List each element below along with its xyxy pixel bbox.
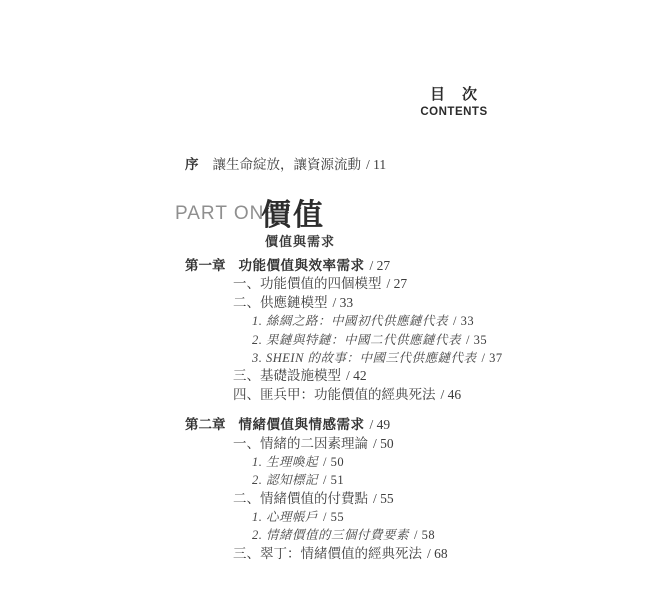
sub-item-entry: 1. 絲綢之路：中國初代供應鏈代表/ 33 — [185, 312, 605, 330]
sub-item-entry: 2. 果鏈與特鏈：中國二代供應鏈代表/ 35 — [185, 331, 605, 349]
sub-item-title: 2. 果鏈與特鏈：中國二代供應鏈代表 — [252, 333, 461, 347]
page-number: / 27 — [387, 276, 408, 291]
page-number: / 50 — [323, 455, 344, 469]
page-number: / 55 — [373, 491, 394, 506]
sub-item-entry: 2. 認知標記/ 51 — [185, 471, 605, 489]
section-entry: 一、情緒的二因素理論/ 50 — [185, 435, 605, 453]
sub-item-title: 1. 生理喚起 — [252, 455, 318, 469]
section-title: 三、翠丁：情緒價值的經典死法 — [233, 546, 422, 561]
sub-item-entry: 1. 生理喚起/ 50 — [185, 453, 605, 471]
page-number: / 27 — [370, 258, 391, 273]
page-number: / 50 — [373, 436, 394, 451]
section-entry: 二、情緒價值的付費點/ 55 — [185, 490, 605, 508]
sub-item-entry: 2. 情緒價值的三個付費要素/ 58 — [185, 526, 605, 544]
section-title: 一、功能價值的四個模型 — [233, 276, 382, 291]
sub-item-title: 2. 認知標記 — [252, 473, 318, 487]
section-entry: 二、供應鏈模型/ 33 — [185, 294, 605, 312]
chapter-title: 情緒價值與情感需求 — [239, 417, 365, 432]
section-entry: 三、翠丁：情緒價值的經典死法/ 68 — [185, 545, 605, 563]
page-number: / 58 — [414, 528, 435, 542]
page-number: / 55 — [323, 510, 344, 524]
preface-label: 序 — [185, 157, 199, 172]
page-number: / 35 — [466, 333, 487, 347]
chapter-entry: 第二章情緒價值與情感需求/ 49 — [185, 416, 605, 434]
section-entry: 四、匪兵甲：功能價值的經典死法/ 46 — [185, 386, 605, 404]
toc-list: 第一章功能價值與效率需求/ 27一、功能價值的四個模型/ 27二、供應鏈模型/ … — [185, 257, 605, 563]
section-title: 二、情緒價值的付費點 — [233, 491, 368, 506]
chapter-label: 第一章 — [185, 258, 226, 273]
page-number: / 33 — [453, 314, 474, 328]
chapter-label: 第二章 — [185, 417, 226, 432]
section-entry: 三、基礎設施模型/ 42 — [185, 367, 605, 385]
sub-item-title: 1. 心理帳戶 — [252, 510, 318, 524]
contents-title-en: CONTENTS — [394, 106, 514, 118]
page-number: / 42 — [346, 368, 367, 383]
section-title: 四、匪兵甲：功能價值的經典死法 — [233, 387, 436, 402]
page-number: / 49 — [370, 417, 391, 432]
sub-item-title: 3. SHEIN 的故事：中國三代供應鏈代表 — [252, 351, 477, 365]
section-title: 一、情緒的二因素理論 — [233, 436, 368, 451]
page-number: / 51 — [323, 473, 344, 487]
sub-item-entry: 1. 心理帳戶/ 55 — [185, 508, 605, 526]
preface-entry: 序讓生命綻放，讓資源流動/ 11 — [185, 153, 386, 173]
page-number: / 46 — [441, 387, 462, 402]
section-title: 二、供應鏈模型 — [233, 295, 328, 310]
page-number: / 68 — [427, 546, 448, 561]
sub-item-entry: 3. SHEIN 的故事：中國三代供應鏈代表/ 37 — [185, 349, 605, 367]
sub-item-title: 1. 絲綢之路：中國初代供應鏈代表 — [252, 314, 448, 328]
preface-title: 讓生命綻放，讓資源流動 — [213, 157, 362, 172]
chapter-title: 功能價值與效率需求 — [239, 258, 365, 273]
contents-header: 目 次 CONTENTS — [394, 83, 514, 118]
contents-title-cjk: 目 次 — [394, 83, 514, 104]
chapter-entry: 第一章功能價值與效率需求/ 27 — [185, 257, 605, 275]
book-contents-page: 目 次 CONTENTS 序讓生命綻放，讓資源流動/ 11 PART ONE 價… — [0, 0, 655, 609]
section-entry: 一、功能價值的四個模型/ 27 — [185, 275, 605, 293]
page-number: / 37 — [482, 351, 503, 365]
part-one-subtitle: 價值與需求 — [265, 231, 335, 250]
section-title: 三、基礎設施模型 — [233, 368, 341, 383]
part-one-title: 價值 — [261, 190, 325, 234]
sub-item-title: 2. 情緒價值的三個付費要素 — [252, 528, 409, 542]
page-number: / 33 — [333, 295, 354, 310]
preface-page-number: / 11 — [366, 157, 386, 172]
